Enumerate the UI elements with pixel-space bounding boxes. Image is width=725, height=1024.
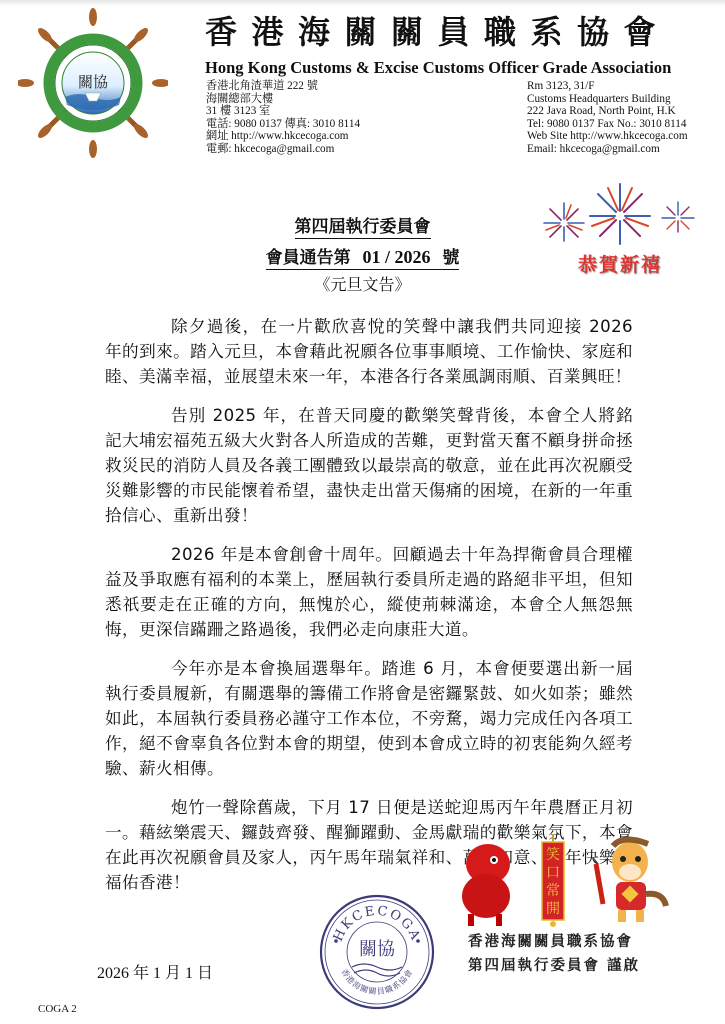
address-line: 香港北角渣華道 222 號 xyxy=(206,80,360,93)
notice-subtitle: 《元旦文告》 xyxy=(0,272,725,295)
notice-committee-title: 第四屆執行委員會 xyxy=(0,212,725,237)
org-name-chinese: 香港海關關員職系協會 xyxy=(205,14,705,50)
notice-number-title: 會員通告第 01 / 2026 號 xyxy=(0,243,725,268)
couplet-banner-icon: 笑口常開 xyxy=(542,834,564,927)
signature-org-name: 香港海關關員職系協會 xyxy=(468,930,633,951)
address-block-chinese: 香港北角渣華道 222 號 海關總部大樓 31 樓 3123 室 電話: 908… xyxy=(206,80,360,156)
horse-mascot-icon xyxy=(593,839,666,922)
svg-text:香港海關關員職系協會: 香港海關關員職系協會 xyxy=(339,967,414,996)
address-line: 海關總部大樓 xyxy=(206,93,360,106)
svg-text:關協: 關協 xyxy=(78,73,108,91)
document-code: COGA 2 xyxy=(38,1003,77,1015)
association-logo: 關協 xyxy=(18,5,168,160)
phone-fax-line: 電話: 9080 0137 傳真: 3010 8114 xyxy=(206,118,360,131)
address-block-english: Rm 3123, 31/F Customs Headquarters Build… xyxy=(527,80,688,156)
notice-number: 01 / 2026 xyxy=(362,247,430,268)
paragraph: 除夕過後，在一片歡欣喜悅的笑聲中讓我們共同迎接 2026 年的到來。踏入元旦，本… xyxy=(105,314,633,389)
website-line: Web Site http://www.hkcecoga.com xyxy=(527,130,688,143)
address-line: Rm 3123, 31/F xyxy=(527,80,688,93)
address-line: 31 樓 3123 室 xyxy=(206,105,360,118)
paragraph: 2026 年是本會創會十周年。回顧過去十年為捍衛會員合理權益及爭取應有福利的本業… xyxy=(105,542,633,642)
svg-text:HKCECOGA: HKCECOGA xyxy=(331,904,423,944)
address-line: Customs Headquarters Building xyxy=(527,93,688,106)
svg-text:關協: 關協 xyxy=(359,939,395,960)
notice-prefix: 會員通告第 xyxy=(266,248,351,269)
signature-committee: 第四屆執行委員會 謹啟 xyxy=(468,954,640,975)
notice-date: 2026 年 1 月 1 日 xyxy=(97,960,213,983)
email-line: Email: hkcecoga@gmail.com xyxy=(527,143,688,156)
notice-suffix: 號 xyxy=(442,248,459,269)
paragraph: 今年亦是本會換屆選舉年。踏進 6 月，本會便要選出新一屆執行委員履新，有關選舉的… xyxy=(105,656,633,781)
email-line: 電郵: hkcecoga@gmail.com xyxy=(206,143,360,156)
notice-body: 除夕過後，在一片歡欣喜悅的笑聲中讓我們共同迎接 2026 年的到來。踏入元旦，本… xyxy=(105,314,633,909)
lion-dance-icon xyxy=(462,844,510,926)
paragraph: 告別 2025 年，在普天同慶的歡樂笑聲背後，本會仝人將銘記大埔宏福苑五級大火對… xyxy=(105,403,633,528)
new-year-decorations: 笑口常開 xyxy=(458,834,673,929)
website-line: 網址 http://www.hkcecoga.com xyxy=(206,130,360,143)
association-seal: HKCECOGA 香港海關關員職系協會 關協 xyxy=(318,893,436,1011)
org-name-english: Hong Kong Customs & Excise Customs Offic… xyxy=(205,58,671,78)
seal-stamp-icon: HKCECOGA 香港海關關員職系協會 關協 xyxy=(318,893,436,1011)
notice-number-text: 會員通告第 01 / 2026 號 xyxy=(266,248,460,270)
phone-fax-line: Tel: 9080 0137 Fax No.: 3010 8114 xyxy=(527,118,688,131)
committee-title-text: 第四屆執行委員會 xyxy=(295,217,431,239)
address-line: 222 Java Road, North Point, H.K xyxy=(527,105,688,118)
ship-wheel-icon: 關協 xyxy=(18,5,168,160)
